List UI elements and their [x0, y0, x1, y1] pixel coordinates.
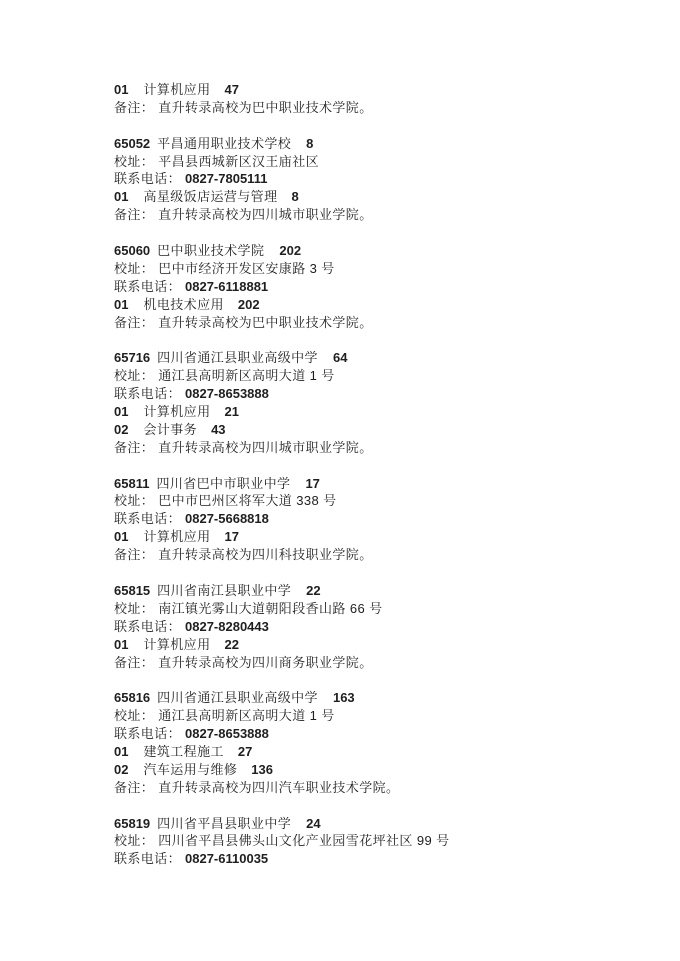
- intro-section: 01计算机应用47 备注：直升转录高校为巴中职业技术学院。: [114, 81, 450, 135]
- school-code: 65816: [114, 690, 150, 705]
- school-name: 四川省通江县职业高级中学: [157, 690, 318, 705]
- major-code: 01: [114, 189, 128, 204]
- major-code: 01: [114, 297, 128, 312]
- phone-label: 联系电话：: [114, 851, 181, 866]
- note-value: 直升转录高校为四川城市职业学院。: [158, 207, 372, 222]
- major-row: 02汽车运用与维修136: [114, 761, 450, 779]
- school-total: 8: [306, 136, 313, 151]
- note-value: 直升转录高校为巴中职业技术学院。: [158, 315, 372, 330]
- major-name: 汽车运用与维修: [143, 762, 237, 777]
- major-row: 01机电技术应用202: [114, 296, 450, 314]
- note-row: 备注：直升转录高校为巴中职业技术学院。: [114, 99, 450, 117]
- major-count: 17: [224, 529, 238, 544]
- note-label: 备注：: [114, 547, 154, 562]
- phone-label: 联系电话：: [114, 279, 181, 294]
- school-total: 22: [306, 583, 320, 598]
- note-row: 备注：直升转录高校为巴中职业技术学院。: [114, 314, 450, 332]
- school-header-row: 65815四川省南江县职业中学22: [114, 582, 450, 600]
- note-label: 备注：: [114, 207, 154, 222]
- school-total: 17: [305, 476, 319, 491]
- major-row: 01高星级饭店运营与管理8: [114, 188, 450, 206]
- major-code: 01: [114, 404, 128, 419]
- note-row: 备注：直升转录高校为四川科技职业学院。: [114, 546, 450, 564]
- school-name: 四川省巴中市职业中学: [156, 476, 290, 491]
- note-row: 备注：直升转录高校为四川城市职业学院。: [114, 439, 450, 457]
- phone-label: 联系电话：: [114, 726, 181, 741]
- major-name: 会计事务: [143, 422, 197, 437]
- major-name: 计算机应用: [143, 404, 210, 419]
- address-label: 校址：: [114, 708, 154, 723]
- major-code: 01: [114, 82, 128, 97]
- blank-line: [114, 457, 450, 475]
- school-section: 65060巴中职业技术学院202 校址：巴中市经济开发区安康路 3 号 联系电话…: [114, 242, 450, 349]
- school-section: 65815四川省南江县职业中学22 校址：南江镇光雾山大道朝阳段香山路 66 号…: [114, 582, 450, 689]
- address-row: 校址：平昌县西城新区汉王庙社区: [114, 153, 450, 171]
- address-label: 校址：: [114, 261, 154, 276]
- address-value: 南江镇光雾山大道朝阳段香山路 66 号: [158, 601, 382, 616]
- phone-value: 0827-8653888: [185, 386, 269, 401]
- address-label: 校址：: [114, 493, 154, 508]
- major-row: 02会计事务43: [114, 421, 450, 439]
- phone-value: 0827-5668818: [185, 511, 269, 526]
- note-label: 备注：: [114, 655, 154, 670]
- school-code: 65811: [114, 476, 149, 491]
- address-label: 校址：: [114, 368, 154, 383]
- note-label: 备注：: [114, 440, 154, 455]
- school-header-row: 65819四川省平昌县职业中学24: [114, 815, 450, 833]
- address-row: 校址：四川省平昌县佛头山文化产业园雪花坪社区 99 号: [114, 832, 450, 850]
- blank-line: [114, 117, 450, 135]
- major-count: 202: [238, 297, 260, 312]
- school-code: 65716: [114, 350, 150, 365]
- note-value: 直升转录高校为四川城市职业学院。: [158, 440, 372, 455]
- blank-line: [114, 797, 450, 815]
- school-header-row: 65052平昌通用职业技术学校8: [114, 135, 450, 153]
- major-name: 机电技术应用: [143, 297, 223, 312]
- phone-label: 联系电话：: [114, 619, 181, 634]
- phone-row: 联系电话：0827-8653888: [114, 725, 450, 743]
- major-count: 22: [224, 637, 238, 652]
- phone-value: 0827-6110035: [185, 851, 268, 866]
- major-count: 47: [224, 82, 238, 97]
- major-code: 02: [114, 762, 128, 777]
- school-header-row: 65716四川省通江县职业高级中学64: [114, 349, 450, 367]
- major-count: 21: [224, 404, 238, 419]
- address-value: 通江县高明新区高明大道 1 号: [158, 368, 334, 383]
- major-row: 01计算机应用17: [114, 528, 450, 546]
- phone-row: 联系电话：0827-7805111: [114, 170, 450, 188]
- phone-row: 联系电话：0827-5668818: [114, 510, 450, 528]
- school-section: 65811四川省巴中市职业中学17 校址：巴中市巴州区将军大道 338 号 联系…: [114, 475, 450, 582]
- school-code: 65819: [114, 816, 150, 831]
- school-header-row: 65060巴中职业技术学院202: [114, 242, 450, 260]
- phone-value: 0827-8653888: [185, 726, 269, 741]
- address-value: 通江县高明新区高明大道 1 号: [158, 708, 334, 723]
- school-code: 65052: [114, 136, 150, 151]
- address-row: 校址：通江县高明新区高明大道 1 号: [114, 707, 450, 725]
- school-total: 163: [333, 690, 355, 705]
- phone-value: 0827-8280443: [185, 619, 269, 634]
- blank-line: [114, 224, 450, 242]
- address-row: 校址：南江镇光雾山大道朝阳段香山路 66 号: [114, 600, 450, 618]
- note-value: 直升转录高校为四川商务职业学院。: [158, 655, 372, 670]
- school-section: 65816四川省通江县职业高级中学163 校址：通江县高明新区高明大道 1 号 …: [114, 689, 450, 814]
- major-name: 计算机应用: [143, 529, 210, 544]
- major-count: 8: [291, 189, 298, 204]
- note-label: 备注：: [114, 315, 154, 330]
- address-row: 校址：巴中市经济开发区安康路 3 号: [114, 260, 450, 278]
- major-count: 43: [211, 422, 225, 437]
- address-row: 校址：通江县高明新区高明大道 1 号: [114, 367, 450, 385]
- note-label: 备注：: [114, 100, 154, 115]
- school-name: 平昌通用职业技术学校: [157, 136, 291, 151]
- address-value: 巴中市巴州区将军大道 338 号: [158, 493, 336, 508]
- school-code: 65815: [114, 583, 150, 598]
- blank-line: [114, 331, 450, 349]
- school-section: 65819四川省平昌县职业中学24 校址：四川省平昌县佛头山文化产业园雪花坪社区…: [114, 815, 450, 869]
- school-code: 65060: [114, 243, 150, 258]
- phone-row: 联系电话：0827-8653888: [114, 385, 450, 403]
- major-code: 02: [114, 422, 128, 437]
- note-value: 直升转录高校为四川汽车职业技术学院。: [158, 780, 399, 795]
- major-code: 01: [114, 529, 128, 544]
- phone-row: 联系电话：0827-6110035: [114, 850, 450, 868]
- blank-line: [114, 671, 450, 689]
- major-name: 计算机应用: [143, 82, 210, 97]
- document-text-block: 01计算机应用47 备注：直升转录高校为巴中职业技术学院。 65052平昌通用职…: [114, 81, 450, 868]
- address-value: 平昌县西城新区汉王庙社区: [158, 154, 319, 169]
- major-code: 01: [114, 637, 128, 652]
- major-row: 01建筑工程施工27: [114, 743, 450, 761]
- major-row: 01计算机应用21: [114, 403, 450, 421]
- address-label: 校址：: [114, 833, 154, 848]
- school-total: 64: [333, 350, 347, 365]
- school-header-row: 65816四川省通江县职业高级中学163: [114, 689, 450, 707]
- note-value: 直升转录高校为巴中职业技术学院。: [158, 100, 372, 115]
- school-name: 巴中职业技术学院: [157, 243, 264, 258]
- school-name: 四川省平昌县职业中学: [157, 816, 291, 831]
- major-row: 01计算机应用47: [114, 81, 450, 99]
- phone-label: 联系电话：: [114, 386, 181, 401]
- phone-row: 联系电话：0827-8280443: [114, 618, 450, 636]
- phone-label: 联系电话：: [114, 171, 181, 186]
- major-name: 计算机应用: [143, 637, 210, 652]
- note-value: 直升转录高校为四川科技职业学院。: [158, 547, 372, 562]
- address-value: 四川省平昌县佛头山文化产业园雪花坪社区 99 号: [158, 833, 449, 848]
- note-label: 备注：: [114, 780, 154, 795]
- school-name: 四川省南江县职业中学: [157, 583, 291, 598]
- phone-label: 联系电话：: [114, 511, 181, 526]
- document-page: { "page": { "background": "#ffffff", "te…: [0, 0, 680, 961]
- school-total: 202: [279, 243, 301, 258]
- address-label: 校址：: [114, 601, 154, 616]
- phone-row: 联系电话：0827-6118881: [114, 278, 450, 296]
- major-name: 高星级饭店运营与管理: [143, 189, 277, 204]
- major-count: 27: [238, 744, 252, 759]
- major-code: 01: [114, 744, 128, 759]
- school-total: 24: [306, 816, 320, 831]
- address-value: 巴中市经济开发区安康路 3 号: [158, 261, 334, 276]
- school-section: 65716四川省通江县职业高级中学64 校址：通江县高明新区高明大道 1 号 联…: [114, 349, 450, 474]
- note-row: 备注：直升转录高校为四川商务职业学院。: [114, 654, 450, 672]
- school-section: 65052平昌通用职业技术学校8 校址：平昌县西城新区汉王庙社区 联系电话：08…: [114, 135, 450, 242]
- note-row: 备注：直升转录高校为四川城市职业学院。: [114, 206, 450, 224]
- phone-value: 0827-6118881: [185, 279, 268, 294]
- note-row: 备注：直升转录高校为四川汽车职业技术学院。: [114, 779, 450, 797]
- major-row: 01计算机应用22: [114, 636, 450, 654]
- school-header-row: 65811四川省巴中市职业中学17: [114, 475, 450, 493]
- school-name: 四川省通江县职业高级中学: [157, 350, 318, 365]
- phone-value: 0827-7805111: [185, 171, 267, 186]
- blank-line: [114, 564, 450, 582]
- address-label: 校址：: [114, 154, 154, 169]
- major-name: 建筑工程施工: [143, 744, 223, 759]
- major-count: 136: [251, 762, 273, 777]
- address-row: 校址：巴中市巴州区将军大道 338 号: [114, 492, 450, 510]
